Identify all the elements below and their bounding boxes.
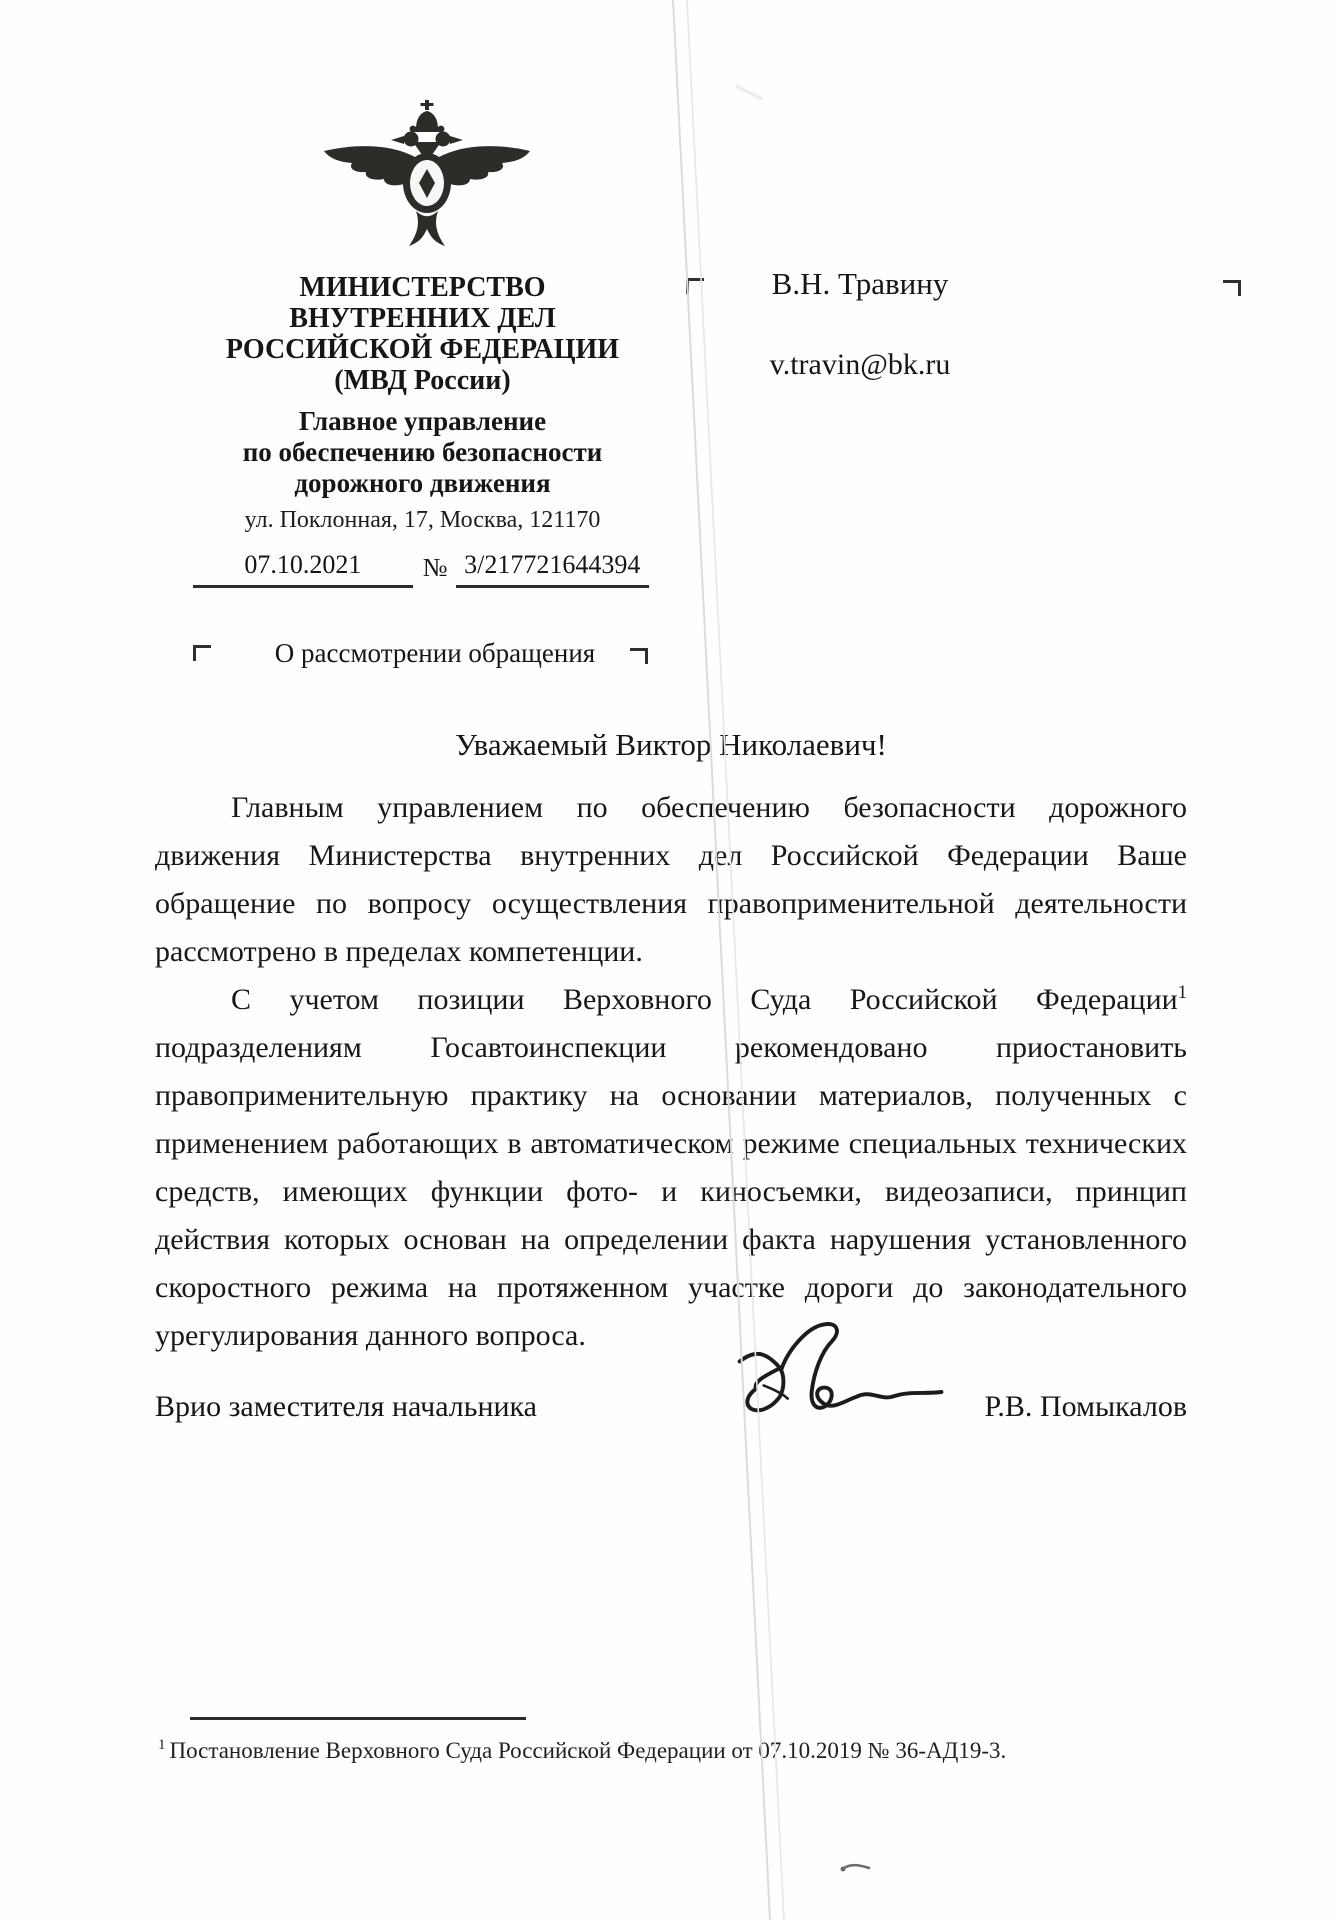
- recipient-email: v.travin@bk.ru: [710, 348, 1010, 382]
- salutation: Уважаемый Виктор Николаевич!: [155, 727, 1187, 763]
- org-name-line: ВНУТРЕННИХ ДЕЛ: [160, 303, 685, 334]
- handwritten-signature: [730, 1320, 950, 1440]
- mvd-double-headed-eagle-icon: [312, 98, 542, 250]
- fold-mark-recipient-left: [686, 278, 704, 294]
- reference-line: 07.10.2021 № 3/217721644394: [193, 550, 649, 588]
- body-paragraph-2: С учетом позиции Верховного Суда Российс…: [155, 976, 1187, 1360]
- document-date: 07.10.2021: [193, 550, 413, 588]
- org-name-line: РОССИЙСКОЙ ФЕДЕРАЦИИ: [160, 334, 685, 365]
- fold-mark-recipient-right: [1223, 280, 1241, 296]
- document-number: 3/217721644394: [456, 550, 649, 588]
- scanned-letter-page: МИНИСТЕРСТВО ВНУТРЕННИХ ДЕЛ РОССИЙСКОЙ Ф…: [0, 0, 1338, 1920]
- recipient-name: В.Н. Травину: [710, 266, 1010, 302]
- body-paragraph-1: Главным управлением по обеспечению безоп…: [155, 784, 1187, 976]
- letter-body: Главным управлением по обеспечению безоп…: [155, 784, 1187, 1360]
- number-sign: №: [413, 553, 456, 588]
- signature-row: Врио заместителя начальника Р.В. Помыкал…: [155, 1390, 1187, 1424]
- division-line: по обеспечению безопасности: [160, 437, 685, 468]
- org-name-line: МИНИСТЕРСТВО: [160, 272, 685, 303]
- letterhead-org-block: МИНИСТЕРСТВО ВНУТРЕННИХ ДЕЛ РОССИЙСКОЙ Ф…: [160, 272, 685, 534]
- org-name-line: (МВД России): [160, 365, 685, 396]
- footnote-divider: [190, 1717, 526, 1720]
- stray-pen-mark-icon: [843, 1865, 869, 1869]
- footnote-marker: 1: [158, 1737, 165, 1753]
- paragraph-text: подразделениям Госавтоинспекции рекоменд…: [155, 1031, 1187, 1352]
- division-line: Главное управление: [160, 406, 685, 437]
- division-line: дорожного движения: [160, 468, 685, 499]
- fold-mark-subject-left: [193, 645, 211, 661]
- footnote-reference-mark: 1: [1178, 982, 1187, 1003]
- signer-title: Врио заместителя начальника: [155, 1390, 537, 1424]
- signer-name: Р.В. Помыкалов: [984, 1390, 1187, 1424]
- org-address: ул. Поклонная, 17, Москва, 121170: [160, 506, 685, 534]
- division-block: Главное управление по обеспечению безопа…: [160, 406, 685, 499]
- footnote: 1Постановление Верховного Суда Российско…: [158, 1736, 1158, 1766]
- paragraph-text: С учетом позиции Верховного Суда Российс…: [231, 983, 1178, 1016]
- footnote-text: Постановление Верховного Суда Российской…: [169, 1738, 1006, 1763]
- stray-pen-mark-icon: [841, 1867, 846, 1872]
- smudge-mark-icon: [736, 86, 762, 99]
- subject-line: О рассмотрении обращения: [215, 638, 655, 669]
